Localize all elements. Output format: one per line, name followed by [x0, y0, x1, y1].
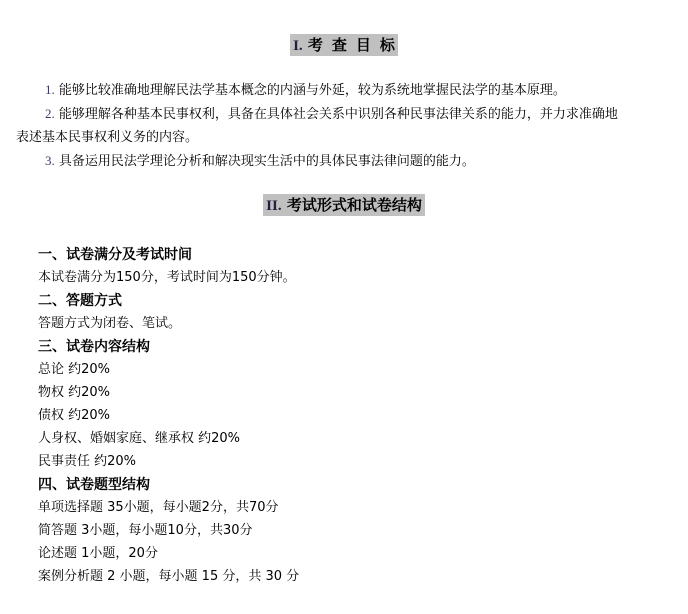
objective-item-2-text: 能够理解各种基本民事权利，具备在具体社会关系中识别各种民事法律关系的能力，并力求… — [59, 107, 618, 122]
part-1-line-1: 本试卷满分为150分，考试时间为150分钟。 — [38, 268, 296, 288]
objective-item-2-continuation: 表述基本民事权利义务的内容。 — [16, 126, 678, 149]
content-item-general: 总论 约20% — [38, 360, 110, 380]
part-2-line-1: 答题方式为闭卷、笔试。 — [38, 314, 181, 334]
section-2-heading: II. 考试形式和试卷结构 — [263, 194, 425, 216]
objective-item-3: 3. 具备运用民法学理论分析和解决现实生活中的具体民事法律问题的能力。 — [16, 149, 678, 173]
section-1-heading-wrap: I. 考查目标 — [0, 34, 688, 56]
question-type-single-choice: 单项选择题 35小题，每小题2分，共70分 — [38, 498, 279, 518]
objective-item-3-number: 3. — [45, 153, 55, 168]
objective-item-1: 1. 能够比较准确地理解民法学基本概念的内涵与外延，较为系统地掌握民法学的基本原… — [16, 78, 678, 102]
part-3-heading: 三、试卷内容结构 — [38, 337, 150, 357]
section-2-title: 考试形式和试卷结构 — [287, 196, 422, 214]
part-2-heading: 二、答题方式 — [38, 291, 122, 311]
content-item-civil-liability: 民事责任 约20% — [38, 452, 136, 472]
objective-item-1-number: 1. — [45, 82, 55, 97]
part-1-heading: 一、试卷满分及考试时间 — [38, 245, 192, 265]
part-4-heading: 四、试卷题型结构 — [38, 475, 150, 495]
objective-item-2-number: 2. — [45, 106, 55, 121]
section-1-heading: I. 考查目标 — [290, 34, 398, 56]
objective-item-2: 2. 能够理解各种基本民事权利，具备在具体社会关系中识别各种民事法律关系的能力，… — [16, 102, 678, 126]
section-1-number: I. — [293, 38, 303, 54]
content-item-personal-family: 人身权、婚姻家庭、继承权 约20% — [38, 429, 240, 449]
content-item-property: 物权 约20% — [38, 383, 110, 403]
section-1-title: 考查目标 — [308, 36, 404, 54]
section-2-number: II. — [266, 198, 281, 214]
question-type-short-answer: 简答题 3小题，每小题10分，共30分 — [38, 521, 253, 541]
section-2-heading-wrap: II. 考试形式和试卷结构 — [0, 194, 688, 216]
question-type-essay: 论述题 1小题，20分 — [38, 544, 158, 564]
objective-item-1-text: 能够比较准确地理解民法学基本概念的内涵与外延，较为系统地掌握民法学的基本原理。 — [59, 83, 566, 98]
objective-item-3-text: 具备运用民法学理论分析和解决现实生活中的具体民事法律问题的能力。 — [59, 154, 475, 169]
objective-list: 1. 能够比较准确地理解民法学基本概念的内涵与外延，较为系统地掌握民法学的基本原… — [16, 78, 678, 173]
question-type-case-analysis: 案例分析题 2 小题，每小题 15 分，共 30 分 — [38, 567, 299, 587]
content-item-obligations: 债权 约20% — [38, 406, 110, 426]
